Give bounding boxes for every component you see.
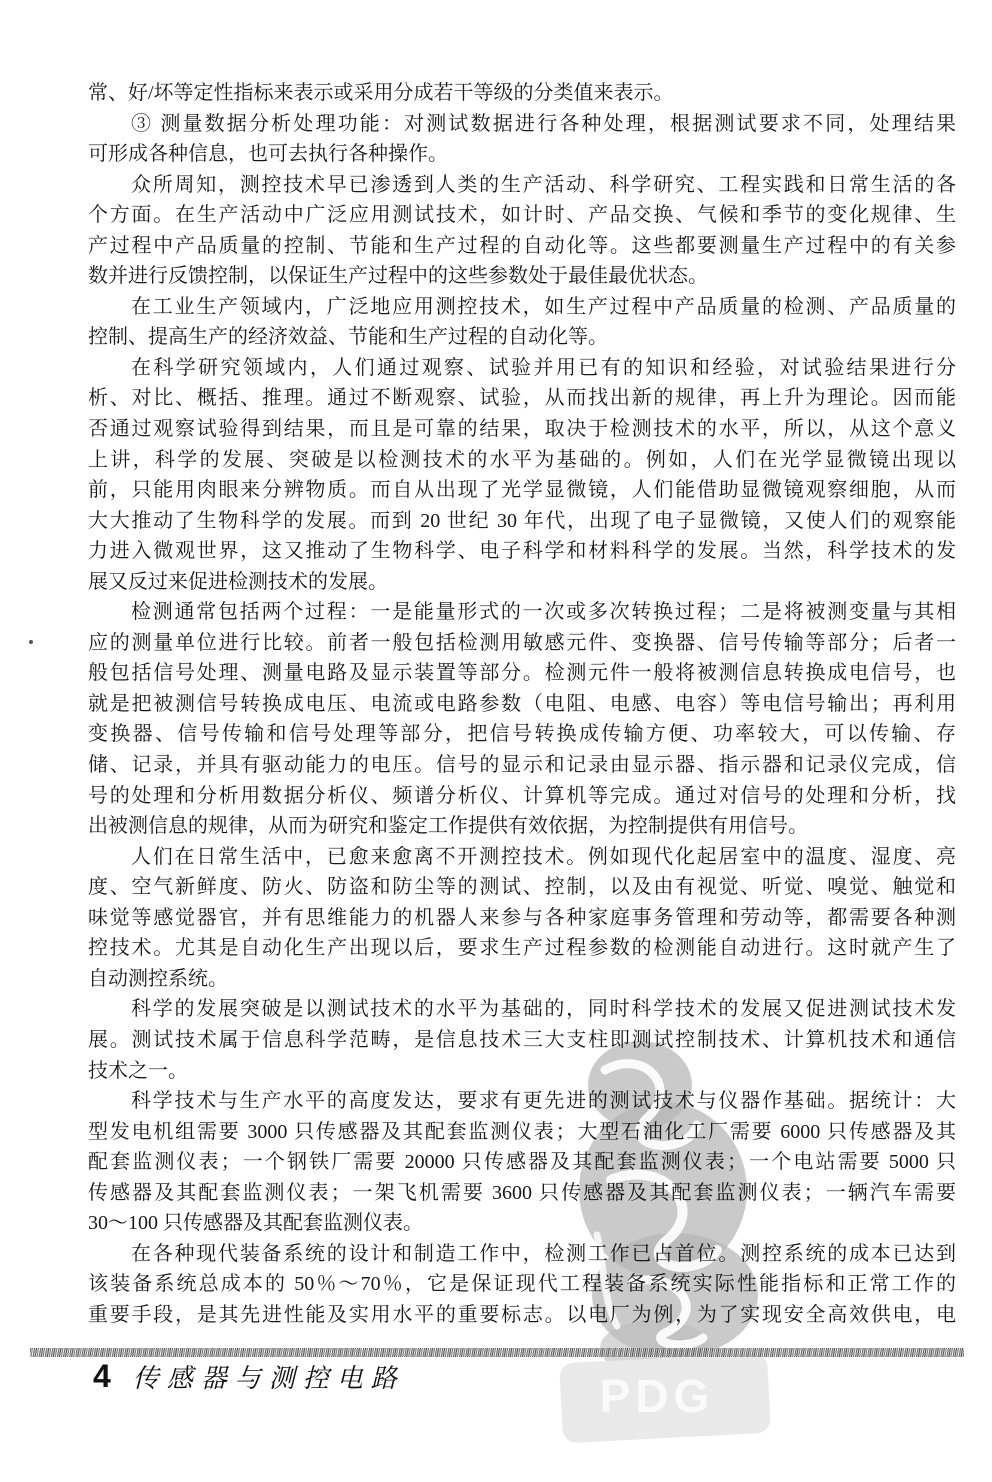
text-line: 控制、提高生产的经济效益、节能和生产过程的自动化等。	[88, 322, 956, 353]
text-line: 否通过观察试验得到结果，而且是可靠的结果，取决于检测技术的水平，所以，从这个意义	[88, 414, 956, 445]
text-line: 传感器及其配套监测仪表；一架飞机需要 3600 只传感器及其配套监测仪表；一辆汽…	[88, 1178, 956, 1209]
page-number: 4	[93, 1358, 111, 1395]
text-line: 出被测信息的规律，从而为研究和鉴定工作提供有效依据，为控制提供有用信号。	[88, 811, 956, 842]
text-line: 控技术。尤其是自动化生产出现以后，要求生产过程参数的检测能自动进行。这时就产生了	[88, 933, 956, 964]
text-line: 30～100 只传感器及其配套监测仪表。	[88, 1208, 956, 1239]
text-line: 上讲，科学的发展、突破是以检测技术的水平为基础的。例如，人们在光学显微镜出现以	[88, 445, 956, 476]
text-line: 科学技术与生产水平的高度发达，要求有更先进的测试技术与仪器作基础。据统计：大	[88, 1086, 956, 1117]
footer-rule	[30, 1348, 964, 1357]
text-line: 就是把被测信号转换成电压、电流或电路参数（电阻、电感、电容）等电信号输出；再利用	[88, 689, 956, 720]
watermark-pdg: PDG	[559, 1353, 771, 1444]
text-line: 味觉等感觉器官，并有思维能力的机器人来参与各种家庭事务管理和劳动等，都需要各种测	[88, 903, 956, 934]
text-line: 常、好/坏等定性指标来表示或采用分成若干等级的分类值来表示。	[88, 78, 956, 109]
text-line: 科学的发展突破是以测试技术的水平为基础的，同时科学技术的发展又促进测试技术发	[88, 994, 956, 1025]
text-line: 自动测控系统。	[88, 964, 956, 995]
text-line: 变换器、信号传输和信号处理等部分，把信号转换成传输方便、功率较大，可以传输、存	[88, 719, 956, 750]
text-line: 人们在日常生活中，已愈来愈离不开测控技术。例如现代化起居室中的温度、湿度、亮	[88, 842, 956, 873]
text-line: 检测通常包括两个过程：一是能量形式的一次或多次转换过程；二是将被测变量与其相	[88, 597, 956, 628]
text-line: 型发电机组需要 3000 只传感器及其配套监测仪表；大型石油化工厂需要 6000…	[88, 1117, 956, 1148]
text-line: 可形成各种信息，也可去执行各种操作。	[88, 139, 956, 170]
text-line: 个方面。在生产活动中广泛应用测试技术，如计时、产品交换、气候和季节的变化规律、生	[88, 200, 956, 231]
text-line: 配套监测仪表；一个钢铁厂需要 20000 只传感器及其配套监测仪表；一个电站需要…	[88, 1147, 956, 1178]
text-line: 数并进行反馈控制，以保证生产过程中的这些参数处于最佳最优状态。	[88, 261, 956, 292]
text-line: 号的处理和分析用数据分析仪、频谱分析仪、计算机等完成。通过对信号的处理和分析，找	[88, 781, 956, 812]
text-line: 在工业生产领域内，广泛地应用测控技术，如生产过程中产品质量的检测、产品质量的	[88, 292, 956, 323]
scan-speck	[29, 640, 33, 644]
text-line: 重要手段，是其先进性能及实用水平的重要标志。以电厂为例，为了实现安全高效供电，电	[88, 1300, 956, 1331]
text-line: 该装备系统总成本的 50％～70％，它是保证现代工程装备系统实际性能指标和正常工…	[88, 1269, 956, 1300]
book-title: 传感器与测控电路	[133, 1358, 405, 1395]
text-line: 析、对比、概括、推理。通过不断观察、试验，从而找出新的规律，再上升为理论。因而能	[88, 383, 956, 414]
text-line: 度、空气新鲜度、防火、防盗和防尘等的测试、控制，以及由有视觉、听觉、嗅觉、触觉和	[88, 872, 956, 903]
text-line: ③ 测量数据分析处理功能：对测试数据进行各种处理，根据测试要求不同，处理结果	[88, 109, 956, 140]
text-block: 常、好/坏等定性指标来表示或采用分成若干等级的分类值来表示。③ 测量数据分析处理…	[88, 78, 956, 1330]
text-line: 储、记录，并具有驱动能力的电压。信号的显示和记录由显示器、指示器和记录仪完成，信	[88, 750, 956, 781]
text-line: 大大推动了生物科学的发展。而到 20 世纪 30 年代，出现了电子显微镜，又使人…	[88, 506, 956, 537]
text-line: 产过程中产品质量的控制、节能和生产过程的自动化等。这些都要测量生产过程中的有关参	[88, 231, 956, 262]
scanned-book-page: PDG 常、好/坏等定性指标来表示或采用分成若干等级的分类值来表示。③ 测量数据…	[0, 0, 992, 1482]
text-line: 展又反过来促进检测技术的发展。	[88, 567, 956, 598]
text-line: 力进入微观世界，这又推动了生物科学、电子科学和材料科学的发展。当然，科学技术的发	[88, 536, 956, 567]
text-line: 众所周知，测控技术早已渗透到人类的生产活动、科学研究、工程实践和日常生活的各	[88, 170, 956, 201]
pdg-label: PDG	[600, 1370, 715, 1422]
text-line: 展。测试技术属于信息科学范畴，是信息技术三大支柱即测试控制技术、计算机技术和通信	[88, 1025, 956, 1056]
text-line: 应的测量单位进行比较。前者一般包括检测用敏感元件、变换器、信号传输等部分；后者一	[88, 628, 956, 659]
text-line: 前，只能用肉眼来分辨物质。而自从出现了光学显微镜，人们能借助显微镜观察细胞，从而	[88, 475, 956, 506]
text-line: 技术之一。	[88, 1056, 956, 1087]
text-line: 般包括信号处理、测量电路及显示装置等部分。检测元件一般将被测信息转换成电信号，也	[88, 658, 956, 689]
text-line: 在各种现代装备系统的设计和制造工作中，检测工作已占首位。测控系统的成本已达到	[88, 1239, 956, 1270]
text-line: 在科学研究领域内，人们通过观察、试验并用已有的知识和经验，对试验结果进行分	[88, 353, 956, 384]
page-footer: 4 传感器与测控电路	[93, 1358, 405, 1395]
